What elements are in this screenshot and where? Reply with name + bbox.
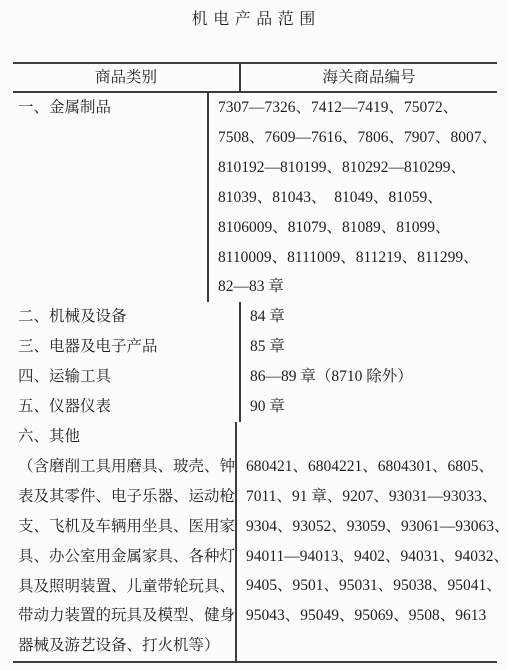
- table-header-row: 商品类别 海关商品编号: [13, 64, 497, 93]
- page-title: 机电产品范围: [0, 6, 507, 29]
- category-cell: 一、金属制品: [13, 93, 209, 302]
- code-line: 90 章: [250, 392, 497, 422]
- category-line: 表及其零件、电子乐器、运动枪: [18, 482, 235, 512]
- products-scope-table: 商品类别 海关商品编号 一、金属制品7307—7326、7412—7419、75…: [13, 62, 497, 663]
- header-cell-customs-code: 海关商品编号: [241, 64, 497, 91]
- category-line: 二、机械及设备: [18, 302, 239, 332]
- table-row: 二、机械及设备84 章: [13, 302, 497, 332]
- customs-codes-cell: 680421、6804221、6804301、6805、7011、91 章、92…: [237, 422, 507, 661]
- table-row: 六、其他（含磨削工具用磨具、玻壳、钟表及其零件、电子乐器、运动枪支、飞机及车辆用…: [13, 422, 497, 661]
- code-line: 7011、91 章、9207、93031—93033、: [246, 482, 507, 512]
- table-row: 一、金属制品7307—7326、7412—7419、75072、7508、760…: [13, 93, 497, 302]
- header-cell-category: 商品类别: [13, 64, 241, 91]
- code-line: 86—89 章（8710 除外）: [250, 362, 497, 392]
- category-cell: 三、电器及电子产品: [13, 332, 241, 362]
- document-page: 机电产品范围 商品类别 海关商品编号 一、金属制品7307—7326、7412—…: [0, 0, 507, 670]
- customs-codes-cell: 85 章: [241, 332, 497, 362]
- code-line: 8110009、8111009、811219、811299、: [218, 243, 497, 273]
- customs-codes-cell: 86—89 章（8710 除外）: [241, 362, 497, 392]
- code-line: 94011—94013、9402、94031、94032、: [246, 542, 507, 572]
- code-line: 81039、81043、 81049、81059、: [218, 183, 497, 213]
- category-line: 具及照明装置、儿童带轮玩具、: [18, 572, 235, 602]
- code-line: [246, 422, 507, 452]
- code-line: 9405、9501、95031、95038、95041、: [246, 571, 507, 601]
- code-line: 9304、93052、93059、93061—93063、: [246, 512, 507, 542]
- category-line: 三、电器及电子产品: [18, 332, 239, 362]
- code-line: 680421、6804221、6804301、6805、: [246, 452, 507, 482]
- code-line: 85 章: [250, 332, 497, 362]
- category-line: 五、仪器仪表: [18, 392, 239, 422]
- table-row: 三、电器及电子产品85 章: [13, 332, 497, 362]
- code-line: 82—83 章: [218, 272, 497, 302]
- code-line: 810192—810199、810292—810299、: [218, 153, 497, 183]
- code-line: 84 章: [250, 302, 497, 332]
- category-line: 器械及游艺设备、打火机等）: [18, 631, 235, 661]
- customs-codes-cell: 7307—7326、7412—7419、75072、7508、7609—7616…: [209, 93, 497, 302]
- table-body: 一、金属制品7307—7326、7412—7419、75072、7508、760…: [13, 93, 497, 661]
- category-line: 具、办公室用金属家具、各种灯: [18, 542, 235, 572]
- category-line: 六、其他: [18, 422, 235, 452]
- code-line: 7508、7609—7616、7806、7907、8007、: [218, 123, 497, 153]
- category-line: 带动力装置的玩具及模型、健身: [18, 601, 235, 631]
- category-line: 四、运输工具: [18, 362, 239, 392]
- category-cell: 五、仪器仪表: [13, 392, 241, 422]
- category-cell: 四、运输工具: [13, 362, 241, 392]
- category-line: （含磨削工具用磨具、玻壳、钟: [18, 452, 235, 482]
- category-line: 支、飞机及车辆用坐具、医用家: [18, 512, 235, 542]
- table-row: 四、运输工具86—89 章（8710 除外）: [13, 362, 497, 392]
- table-row: 五、仪器仪表90 章: [13, 392, 497, 422]
- code-line: 95043、95049、95069、9508、9613: [246, 601, 507, 631]
- category-line: 一、金属制品: [18, 93, 207, 123]
- customs-codes-cell: 84 章: [241, 302, 497, 332]
- customs-codes-cell: 90 章: [241, 392, 497, 422]
- category-cell: 六、其他（含磨削工具用磨具、玻壳、钟表及其零件、电子乐器、运动枪支、飞机及车辆用…: [13, 422, 237, 661]
- code-line: 8106009、81079、81089、81099、: [218, 213, 497, 243]
- category-cell: 二、机械及设备: [13, 302, 241, 332]
- code-line: 7307—7326、7412—7419、75072、: [218, 93, 497, 123]
